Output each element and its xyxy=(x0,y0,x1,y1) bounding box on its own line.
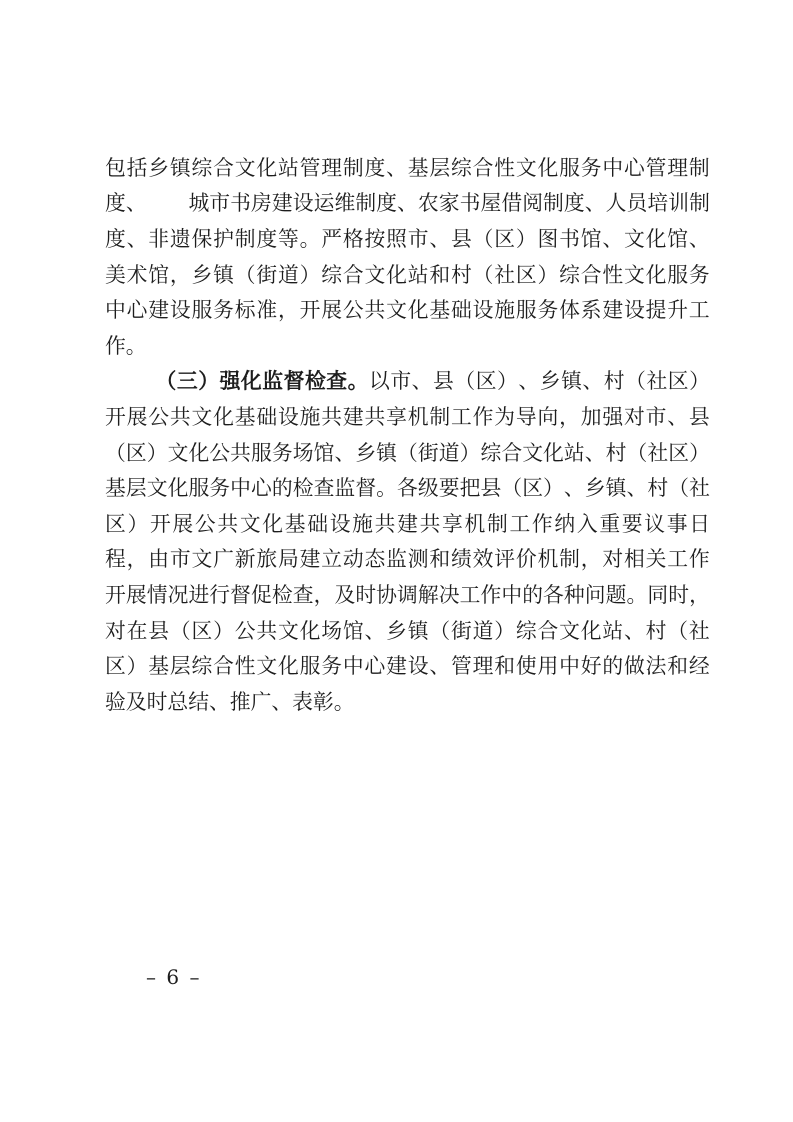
text-line: 开展情况进行督促检查，及时协调解决工作中的各种问题。同时， xyxy=(105,575,710,611)
page-number: – 6 – xyxy=(146,965,201,989)
text-line: 中心建设服务标准，开展公共文化基础设施服务体系建设提升工 xyxy=(105,290,710,326)
text-line: 对在县（区）公共文化场馆、乡镇（街道）综合文化站、村（社 xyxy=(105,611,710,647)
text-line: 验及时总结、推广、表彰。 xyxy=(105,682,710,718)
text-line: 美术馆，乡镇（街道）综合文化站和村（社区）综合性文化服务 xyxy=(105,255,710,291)
text-line: 区）开展公共文化基础设施共建共享机制工作纳入重要议事日 xyxy=(105,504,710,540)
document-page: 包括乡镇综合文化站管理制度、基层综合性文化服务中心管理制度、 城市书房建设运维制… xyxy=(0,0,793,1122)
document-body: 包括乡镇综合文化站管理制度、基层综合性文化服务中心管理制度、 城市书房建设运维制… xyxy=(105,148,710,718)
text-line: 程，由市文广新旅局建立动态监测和绩效评价机制，对相关工作 xyxy=(105,540,710,576)
text-line: （区）文化公共服务场馆、乡镇（街道）综合文化站、村（社区） xyxy=(105,433,710,469)
text-line: 区）基层综合性文化服务中心建设、管理和使用中好的做法和经 xyxy=(105,646,710,682)
text-line: 度、非遗保护制度等。严格按照市、县（区）图书馆、文化馆、 xyxy=(105,219,710,255)
text-line: 开展公共文化基础设施共建共享机制工作为导向，加强对市、县 xyxy=(105,397,710,433)
text-line: （三）强化监督检查。以市、县（区）、乡镇、村（社区） xyxy=(105,362,710,398)
text-line: 基层文化服务中心的检查监督。各级要把县（区）、乡镇、村（社 xyxy=(105,468,710,504)
text-line: 作。 xyxy=(105,326,710,362)
text-line: 包括乡镇综合文化站管理制度、基层综合性文化服务中心管理制 xyxy=(105,148,710,184)
text-line: 度、 城市书房建设运维制度、农家书屋借阅制度、人员培训制 xyxy=(105,184,710,220)
paragraph-indent xyxy=(105,379,155,380)
